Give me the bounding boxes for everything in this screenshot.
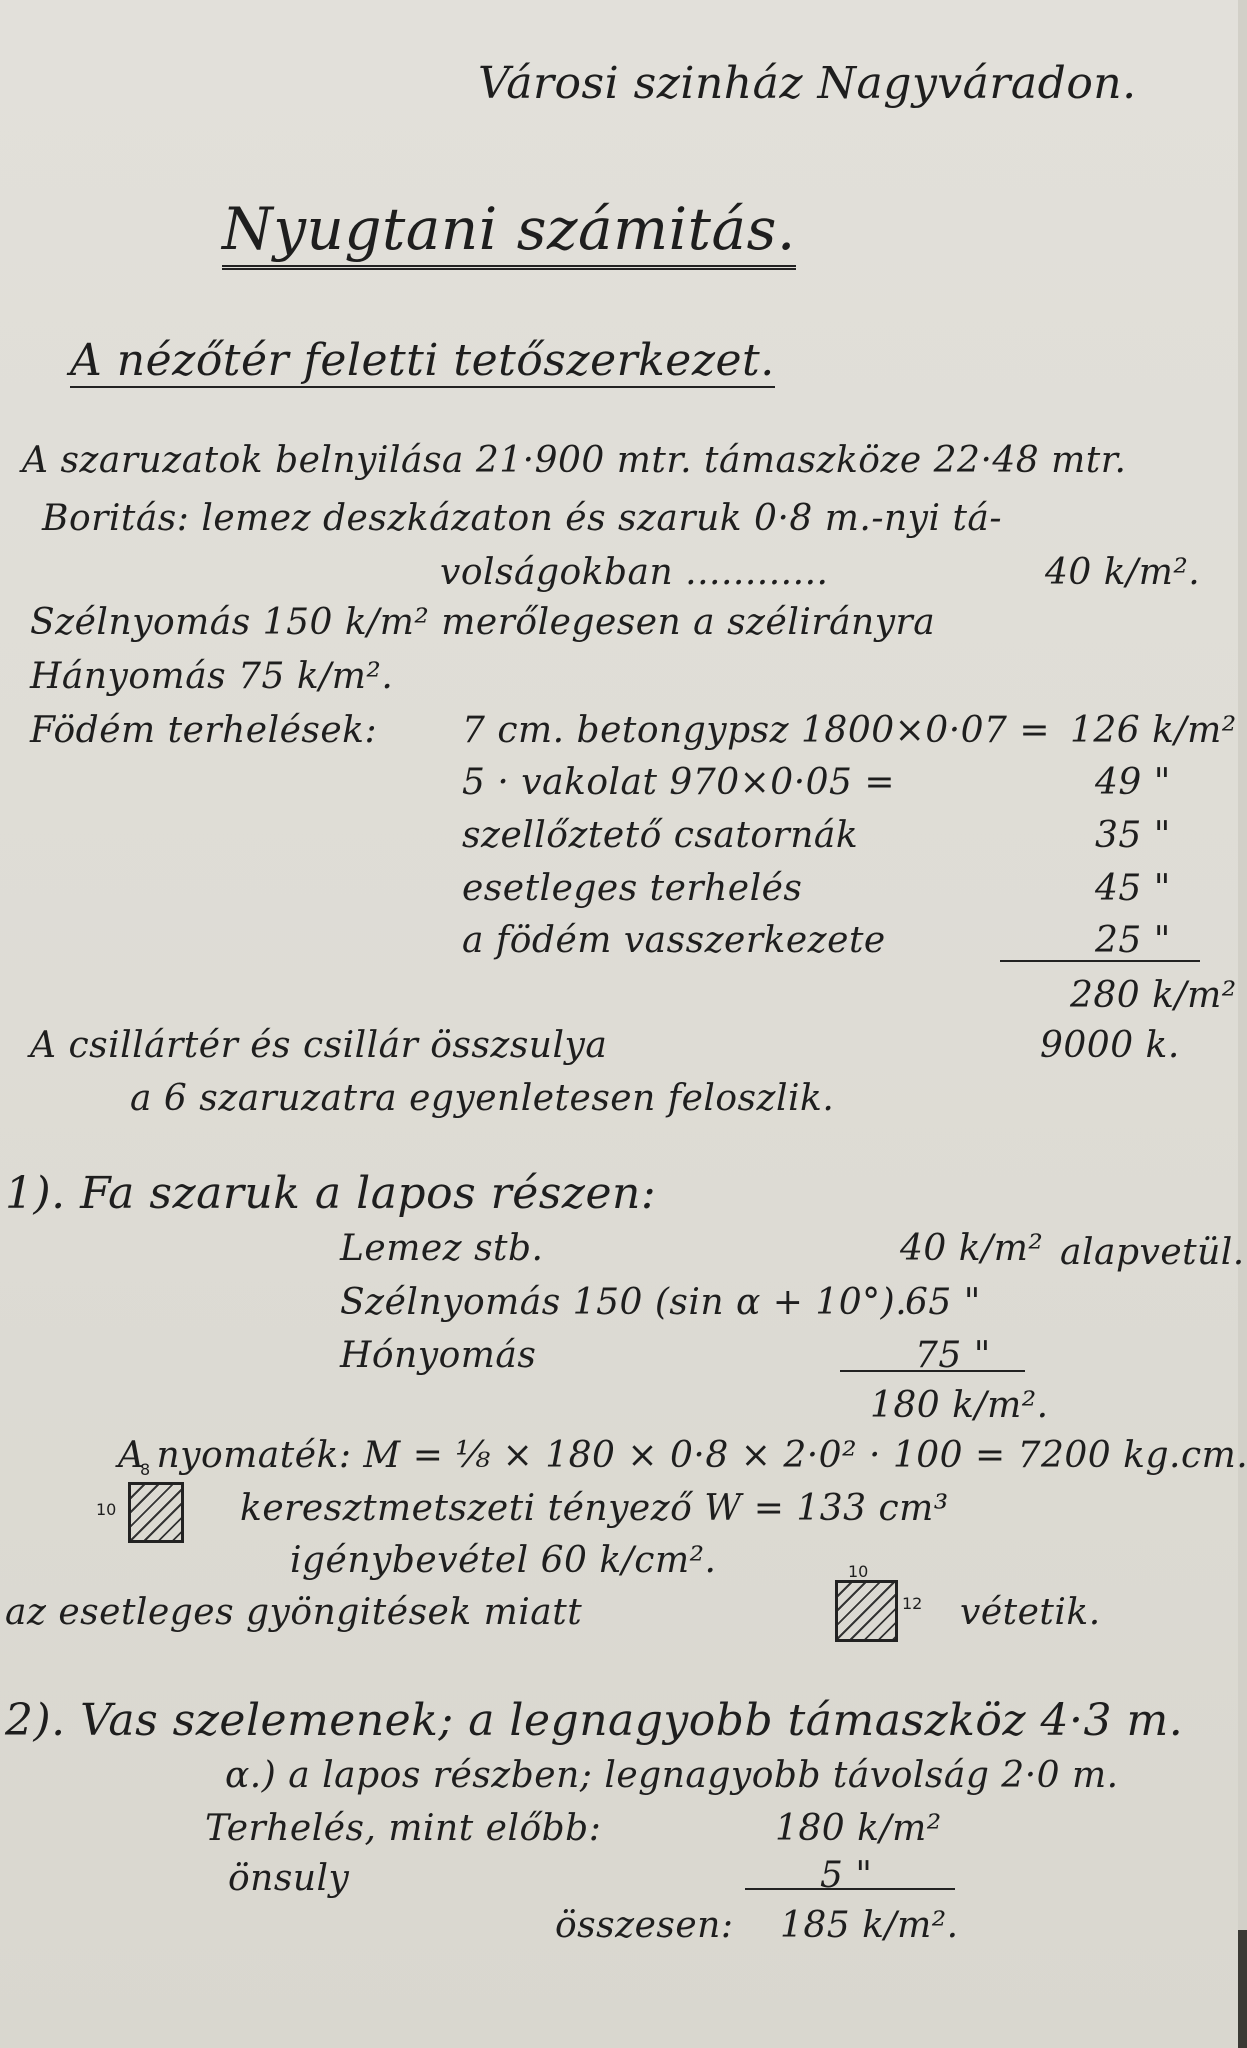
chandelier-line-1: A csillártér és csillár összsulya [30,1025,607,1066]
load-value: 180 k/m² [775,1808,942,1849]
total-label: összesen: [555,1905,734,1946]
s1-row-label: Hónyomás [340,1335,536,1376]
cross-section-diagram [835,1580,898,1642]
section-2-heading: 2). Vas szelemenek; a legnagyobb támaszk… [5,1695,1183,1746]
fodem-total: 280 k/m² [1070,975,1237,1016]
section-subtitle: A nézőtér feletti tetőszerkezet. [70,335,775,388]
intro-line-2: Boritás: lemez deszkázaton és szaruk 0·8… [42,498,1002,539]
s1-row-note: alapvetül. [1060,1232,1245,1273]
fodem-row-label: 5 · vakolat 970×0·05 = [462,762,895,803]
section-a-height: 10 [96,1500,116,1519]
fodem-row-label: 7 cm. betongypsz 1800×0·07 = [462,710,1050,751]
total-value: 185 k/m². [780,1905,959,1946]
s1-row-value: 65 " [905,1282,981,1323]
intro-line-3-value: 40 k/m². [1045,552,1200,593]
fodem-row-value: 45 " [1095,868,1171,909]
moment-formula: A nyomaték: M = ⅛ × 180 × 0·8 × 2·0² · 1… [118,1435,1247,1476]
s1-row-label: Szélnyomás 150 (sin α + 10°). [340,1282,907,1323]
section-modulus: keresztmetszeti tényező W = 133 cm³ [240,1488,949,1529]
fodem-row-label: a födém vasszerkezete [462,920,886,961]
intro-line-5: Hányomás 75 k/m². [30,656,393,697]
sum-rule [745,1888,955,1890]
section-b-height: 12 [902,1594,922,1613]
cross-section-diagram [128,1482,184,1543]
sum-rule [840,1370,1025,1372]
intro-line-1: A szaruzatok belnyilása 21·900 mtr. táma… [22,440,1126,481]
fodem-row-value: 126 k/m² [1070,710,1237,751]
section-1-heading: 1). Fa szaruk a lapos részen: [5,1168,656,1219]
self-weight-label: önsuly [228,1858,349,1899]
page-edge [1238,0,1247,1930]
intro-line-4: Szélnyomás 150 k/m² merőlegesen a szélir… [30,602,935,643]
fodem-label: Födém terhelések: [30,710,377,751]
weakening-line: az esetleges gyöngitések miatt [5,1592,582,1633]
section-b-width: 10 [848,1562,868,1581]
stress-line: igénybevétel 60 k/cm². [290,1540,716,1581]
page-title: Nyugtani számitás. [222,195,796,270]
page-edge-shadow [1238,1930,1247,2048]
section-2-sub: α.) a lapos részben; legnagyobb távolság… [225,1755,1119,1796]
fodem-row-value: 49 " [1095,762,1171,803]
section-a-width: 8 [140,1460,150,1479]
header-place: Városi szinház Nagyváradon. [478,58,1137,109]
s1-row-label: Lemez stb. [340,1228,544,1269]
s1-row-value: 40 k/m² [900,1228,1043,1269]
fodem-row-value: 25 " [1095,920,1171,961]
load-label: Terhelés, mint előbb: [205,1808,601,1849]
intro-line-3: volságokban ............ [440,552,828,593]
chandelier-line-2: a 6 szaruzatra egyenletesen feloszlik. [130,1078,834,1119]
weakening-end: vétetik. [960,1592,1101,1633]
chandelier-value: 9000 k. [1040,1025,1180,1066]
fodem-row-label: szellőztető csatornák [462,815,858,856]
s1-total: 180 k/m². [870,1385,1049,1426]
fodem-row-value: 35 " [1095,815,1171,856]
sum-rule [1000,960,1200,962]
fodem-row-label: esetleges terhelés [462,868,802,909]
